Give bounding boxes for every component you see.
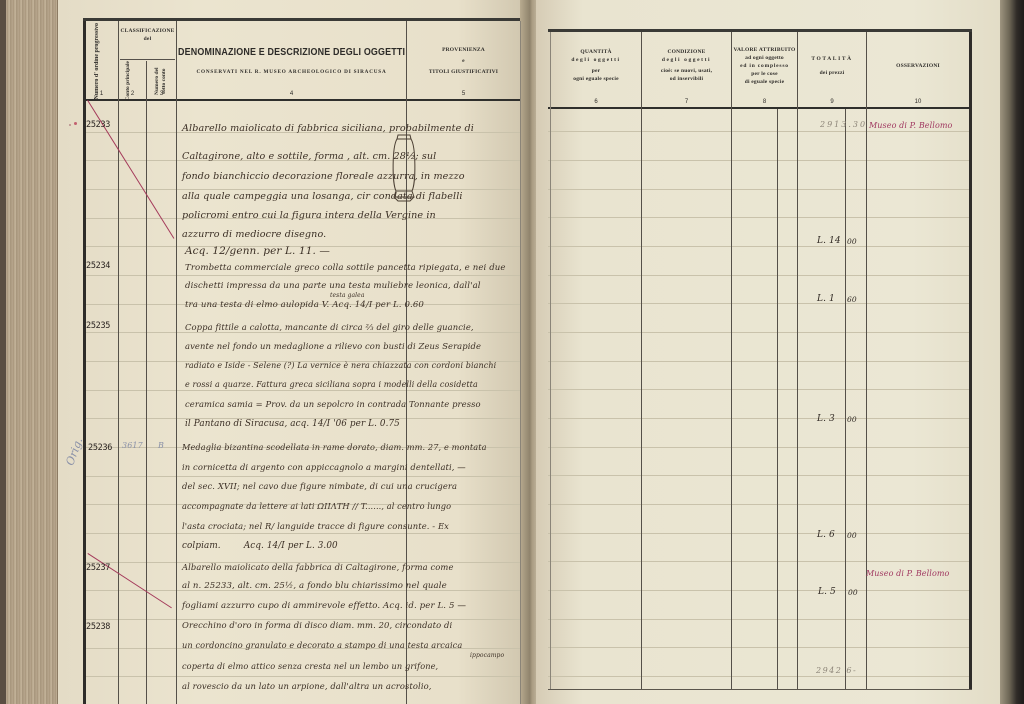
pencil-mark: B: [158, 441, 164, 450]
description-line: tra una testa di elmo aulopida V. Acq. 1…: [185, 300, 424, 310]
description-line: Medaglia bizantina scodellata in rame do…: [182, 442, 487, 452]
description-line: fogliami azzurro cupo di ammirevole effe…: [182, 601, 466, 611]
amount-lire: L. 1: [817, 294, 835, 304]
book-right-edge: [1000, 0, 1024, 704]
interlinear-note: ippocampo: [470, 652, 504, 659]
header-col-total: TOTALITÀ dei prezzi 9: [798, 32, 866, 109]
description-line: Trombetta commerciale greco colla sottil…: [185, 263, 506, 273]
description-line: avente nel fondo un medaglione a rilievo…: [185, 341, 481, 351]
description-line: policromi entro cui la figura intera del…: [182, 210, 436, 221]
header-classification: CLASSIFICAZIONE del: [119, 21, 176, 59]
amount-lire: L. 3: [817, 414, 835, 424]
description-line: dischetti impressa da una parte una test…: [185, 281, 481, 291]
carried-forward-total: 2913.30: [820, 120, 867, 129]
description-line: radiato e Iside - Selene (?) La vernice …: [185, 361, 496, 370]
amount-cents: 00: [847, 237, 857, 246]
description-line: alla quale campeggia una losanga, cir co…: [182, 191, 463, 202]
amount-lire: L. 14: [817, 236, 841, 246]
entry-number: 25235: [86, 321, 110, 331]
amount-cents: 00: [847, 415, 857, 424]
entry-number: 25236: [88, 443, 112, 453]
description-line: fondo bianchiccio decorazione floreale a…: [182, 171, 465, 182]
amount-cents: 60: [847, 295, 857, 304]
albarello-sketch-icon: [388, 133, 420, 205]
header-col-provenance: PROVENIENZA e TITOLI GIUSTIFICATIVI 5: [407, 21, 520, 101]
header-col-description: DENOMINAZIONE E DESCRIZIONE DEGLI OGGETT…: [177, 21, 406, 101]
description-line: accompagnate da lettere ai lati ΩΙΙΛΤΗ /…: [182, 501, 451, 511]
header-col-condition: CONDIZIONE degli oggetti cioè: se nuovi,…: [642, 32, 731, 109]
amount-lire: L. 5: [818, 587, 836, 597]
acquisition-line: colpiam. Acq. 14/I per L. 3.00: [182, 541, 338, 551]
observation-note: Museo di P. Bellomo: [866, 569, 949, 578]
interlinear-note: testa galea: [330, 292, 365, 299]
description-line: azzurro di mediocre disegno.: [182, 229, 326, 240]
amount-cents: 00: [848, 588, 858, 597]
header-col-order-number: Numero d' ordine progressivo 1: [85, 21, 118, 101]
entry-number: 25238: [86, 622, 110, 632]
description-line: Albarello maiolicato di fabbrica sicilia…: [182, 123, 474, 134]
entry-number: 25237: [86, 563, 110, 573]
description-line: Orecchino d'oro in forma di disco diam. …: [182, 620, 452, 630]
description-line: e rossi a quarze. Fattura greca sicilian…: [185, 380, 478, 389]
header-col-quantity: QUANTITÀ degli oggetti per ogni eguale s…: [551, 32, 641, 109]
amount-cents: 00: [847, 531, 857, 540]
red-ink-dot: [69, 124, 71, 126]
description-line: al rovescio da un lato un arpione, dall'…: [182, 681, 432, 691]
description-line: al n. 25233, alt. cm. 25½, a fondo blu c…: [182, 581, 447, 591]
description-line: ceramica samia = Prov. da un sepolcro in…: [185, 399, 481, 409]
book-page-edges: [0, 0, 58, 704]
description-line: Coppa fittile a calotta, mancante di cir…: [185, 322, 474, 332]
description-line: in cornicetta di argento con appiccagnol…: [182, 462, 466, 472]
description-line: coperta di elmo attico senza cresta nel …: [182, 661, 438, 671]
header-col-observations: OSSERVAZIONI 10: [867, 32, 969, 109]
description-line: l'asta crociata; nel R/ languide tracce …: [182, 521, 449, 531]
header-col-main-account: Conto principale 2: [119, 61, 146, 101]
amount-lire: L. 6: [817, 530, 835, 540]
pencil-reference: 3617: [122, 441, 143, 450]
page-footer-total: 2942 6-: [816, 666, 857, 675]
description-line: Albarello maiolicato della fabbrica di C…: [182, 562, 454, 572]
description-line: del sec. XVII; nel cavo due figure nimba…: [182, 481, 457, 491]
acquisition-line: Acq. 12/genn. per L. 11. —: [185, 245, 330, 257]
description-line: un cordoncino granulato e decorato a sta…: [182, 640, 462, 650]
red-ink-dot: [74, 122, 77, 125]
entry-number: 25234: [86, 261, 110, 271]
header-col-sub-account: Numero del sotto conto 3: [147, 61, 176, 101]
observation-note: Museo di P. Bellomo: [869, 121, 952, 130]
acquisition-line: il Pantano di Siracusa, acq. 14/I '06 pe…: [185, 419, 400, 429]
header-col-value: VALORE ATTRIBUITO ad ogni oggetto ed in …: [732, 32, 797, 109]
entry-number: 25233: [86, 120, 110, 130]
